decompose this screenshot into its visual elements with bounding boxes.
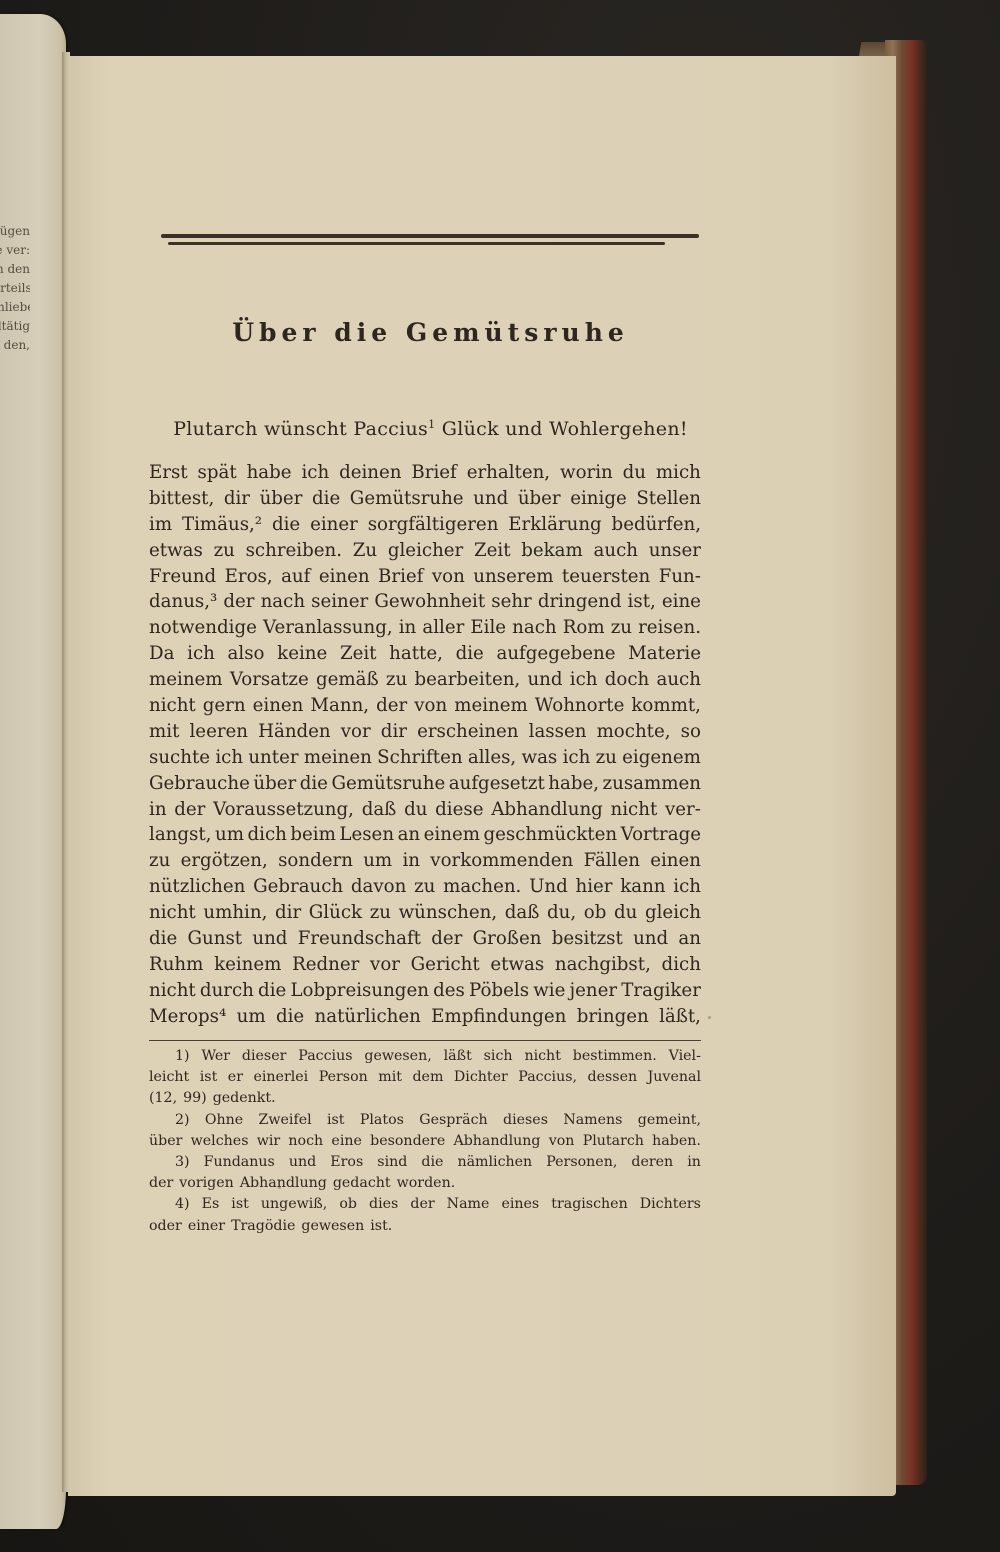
word: beim [290,822,335,848]
word: dich [662,952,701,978]
word: Ruhm [149,952,203,978]
word: Paccius [298,1046,352,1067]
word: ist [327,1110,345,1131]
word: Personen, [546,1152,617,1173]
word: in [402,848,420,874]
word: Veranlassung, [263,615,393,641]
word: vorigen [179,1173,234,1194]
word: in [687,1152,701,1173]
word: vor [341,719,371,745]
word: die [149,926,177,952]
word: Eile [470,615,506,641]
word: nützlichen [149,874,245,900]
word: davon [351,874,406,900]
word: Empfindungen [431,1004,566,1030]
text-line: GebraucheüberdieGemütsruheaufgesetzthabe… [149,771,701,797]
word: besondere [370,1131,445,1152]
word: 2) [175,1110,190,1131]
word: gemeint, [638,1110,701,1131]
word: Platos [360,1110,404,1131]
word: Freundschaft [298,926,421,952]
word: der [410,1194,434,1215]
word: Abhandlung [240,1173,327,1194]
word: zu [596,745,617,771]
word: läßt [444,1046,472,1067]
word: noch [288,1131,323,1152]
word: etwas [490,952,544,978]
word: und [633,926,668,952]
word: Dichters [640,1194,701,1215]
word: in [399,615,417,641]
word: die [312,486,340,512]
word: Lesen [339,822,394,848]
word: in [149,797,167,823]
word: auch [594,538,638,564]
word: nach [261,589,305,615]
word: zu [149,848,170,874]
word: Redner [292,952,359,978]
text-line: ErstspäthabeichdeinenBrieferhalten,worin… [149,460,701,486]
word: Tragiker [621,978,701,1004]
word: Eros, [225,564,273,590]
word: wünschen, [399,900,498,926]
word: oder [149,1216,182,1237]
word: nachgibst, [555,952,651,978]
header-rule-top [161,234,699,238]
word: ich [673,874,701,900]
word: nämlichen [457,1152,532,1173]
word: alles, [468,745,516,771]
text-line: danus,³dernachseinerGewohnheitsehrdringe… [149,589,701,615]
word: bearbeiten, [414,667,520,693]
word: Wer [201,1046,230,1067]
word: meinen [304,745,372,771]
word: Vortrage [621,822,701,848]
word: zu [214,538,235,564]
word: dies [369,1194,398,1215]
word: über [518,486,561,512]
footnote-2: 2)OhneZweifelistPlatosGesprächdiesesName… [149,1110,701,1152]
word: über [149,1131,182,1152]
word: umhin, [203,900,267,926]
word: Merops⁴ [149,1004,226,1030]
word: ist, [628,589,656,615]
word: reisen. [638,615,701,641]
word: nicht [149,900,196,926]
word: dich [247,822,286,848]
word: dringend [538,589,622,615]
word: eigenem [622,745,701,771]
word: dem [412,1067,443,1088]
word: Eros [330,1152,363,1173]
word: nicht [149,693,196,719]
left-page-fragment: nügen [0,222,30,241]
word: ist. [370,1216,392,1237]
word: Zu [353,538,377,564]
word: einen [319,564,370,590]
word: Mann, [310,693,369,719]
word: um [237,1004,266,1030]
word: Und [529,874,568,900]
word: hier [576,874,613,900]
header-rule-bottom [168,242,665,245]
word: doch [605,667,650,693]
text-line: zuergötzen,sondernuminvorkommendenFällen… [149,848,701,874]
word: Fun- [659,564,701,590]
word: ich [215,745,243,771]
word: Zeit [474,538,511,564]
word: Gebrauch [253,874,343,900]
word: ergötzen, [181,848,268,874]
word: ich [570,667,598,693]
word: auf [281,564,310,590]
word: tragischen [551,1194,627,1215]
word: gern [203,693,246,719]
word: du [614,900,637,926]
text-line: 4)Esistungewiß,obdiesderNameeinestragisc… [149,1194,701,1215]
text-line: 2)OhneZweifelistPlatosGesprächdiesesName… [149,1110,701,1131]
word: Wohnorte [535,693,625,719]
word: daß [505,900,540,926]
word: eines [501,1194,539,1215]
word: sondern [278,848,353,874]
text-line: Merops⁴umdienatürlichenEmpfindungenbring… [149,1004,701,1030]
word: Gespräch [419,1110,487,1131]
word: aufgesetzt [449,771,545,797]
word: diese [435,797,483,823]
word: Ohne [205,1110,243,1131]
text-line: nützlichenGebrauchdavonzumachen.Undhierk… [149,874,701,900]
word: um [215,822,244,848]
word: der [376,693,407,719]
left-page-fragment: Urteils [0,279,30,298]
word: gleicher [388,538,463,564]
word: danus,³ [149,589,217,615]
word: meinem [454,693,528,719]
word: Namens [563,1110,622,1131]
word: Voraussetzung, [213,797,354,823]
footnotes: 1)WerdieserPacciusgewesen,läßtsichnichtb… [149,1046,701,1237]
word: sehr [491,589,532,615]
word: Glück [309,900,362,926]
word: natürlichen [315,1004,421,1030]
word: notwendige [149,615,257,641]
word: Großen [473,926,542,952]
footnote-1: 1)WerdieserPacciusgewesen,läßtsichnichtb… [149,1046,701,1110]
word: dir [275,900,301,926]
word: nicht [149,978,196,1004]
word: seiner [311,589,368,615]
word: die [276,1004,304,1030]
word: ist [231,1194,249,1215]
text-line: nichtdurchdieLobpreisungendesPöbelswieje… [149,978,701,1004]
word: einerlei [253,1067,308,1088]
word: wie [533,978,565,1004]
word: kommt, [631,693,701,719]
text-line: RuhmkeinemRednervorGerichtetwasnachgibst… [149,952,701,978]
word: die [421,1152,443,1173]
word: Schriften [377,745,462,771]
word: die [456,641,484,667]
text-line: nichtgerneinenMann,dervonmeinemWohnortek… [149,693,701,719]
text-line: DaichalsokeineZeithatte,dieaufgegebeneMa… [149,641,701,667]
word: Abhandlung [491,797,603,823]
word: Erst [149,460,188,486]
word: sind [377,1152,407,1173]
word: auch [657,667,701,693]
word: daß [362,797,397,823]
word: schreiben. [246,538,342,564]
word: Tragödie [231,1216,295,1237]
word: 3) [175,1152,190,1173]
word: unserem [473,564,553,590]
word: bittest, [149,486,214,512]
word: Dichter [454,1067,508,1088]
word: einige [570,486,627,512]
word: läßt, [659,1004,701,1030]
word: langst, [149,822,211,848]
word: an [678,926,701,952]
word: 1) [175,1046,190,1067]
word: du [623,460,646,486]
word: Es [202,1194,220,1215]
text-line: dervorigenAbhandlunggedachtworden. [149,1173,701,1194]
text-line: nichtumhin,dirGlückzuwünschen,daßdu,obdu… [149,900,701,926]
word: ver- [665,797,701,823]
word: und [527,667,562,693]
word: an [398,822,421,848]
word: einen [253,693,304,719]
word: Zweifel [259,1110,312,1131]
word: ich [563,745,591,771]
word: Gericht [411,952,480,978]
word: du, [547,900,576,926]
word: spät [198,460,237,486]
text-line: suchteichuntermeinenSchriftenalles,wasic… [149,745,701,771]
word: nicht [611,797,658,823]
word: erhalten, [467,460,550,486]
word: Vorsatze [230,667,309,693]
word: ist [200,1067,218,1088]
word: worden. [397,1173,456,1194]
text-line: bittest,dirüberdieGemütsruheundübereinig… [149,486,701,512]
footnote-4: 4)Esistungewiß,obdiesderNameeinestragisc… [149,1194,701,1236]
word: meinem [149,667,223,693]
word: leicht [149,1067,189,1088]
left-page-fragment: enliebe [0,298,30,317]
word: gedacht [333,1173,391,1194]
text-line: langst,umdichbeimLesenaneinemgeschmückte… [149,822,701,848]
word: von [432,564,465,590]
word: zu [414,874,435,900]
left-facing-page: nügenie ver:h denUrteilsenliebehltätigr … [0,14,66,1529]
word: und [289,1152,316,1173]
text-line: überwelcheswirnocheinebesondereAbhandlun… [149,1131,701,1152]
word: der [431,926,462,952]
word: er [228,1067,243,1088]
text-line: meinemVorsatzegemäßzubearbeiten,undichdo… [149,667,701,693]
text-line: odereinerTragödiegewesenist. [149,1216,701,1237]
word: durch [200,978,254,1004]
word: also [228,641,265,667]
book-gutter [62,52,70,1492]
word: suchte [149,745,210,771]
footnote-3: 3)FundanusundErossinddienämlichenPersone… [149,1152,701,1194]
word: Abhandlung [453,1131,540,1152]
word: welches [191,1131,249,1152]
word: und [473,486,508,512]
word: um [363,848,392,874]
word: ungewiß, [261,1194,327,1215]
word: bestimmen. [573,1046,657,1067]
word: Stellen [636,486,701,512]
word: Erklärung [508,512,601,538]
word: vor [370,952,400,978]
text-line: inderVoraussetzung,daßdudieseAbhandlungn… [149,797,701,823]
word: sich [484,1046,513,1067]
text-line: imTimäus,²dieeinersorgfältigerenErklärun… [149,512,701,538]
word: über [253,771,296,797]
word: Person [319,1067,368,1088]
word: aller [422,615,464,641]
word: Pöbels [469,978,529,1004]
word: unter [248,745,298,771]
word: Name [447,1194,490,1215]
text-line: mitleerenHändenvordirerscheinenlassenmoc… [149,719,701,745]
text-line: 1)WerdieserPacciusgewesen,läßtsichnichtb… [149,1046,701,1067]
text-line: leichtistereinerleiPersonmitdemDichterPa… [149,1067,701,1088]
word: haben. [652,1131,701,1152]
word: habe, [548,771,599,797]
word: von [414,693,447,719]
page-title: Über die Gemütsruhe [163,318,698,347]
word: nicht [524,1046,560,1067]
word: ich [187,641,215,667]
salutation-text: Glück und Wohlergehen! [442,418,688,440]
word: geschmückten [484,822,618,848]
word: teuersten [562,564,650,590]
word: gewesen, [364,1046,431,1067]
word: kann [620,874,665,900]
salutation-text: Plutarch wünscht Paccius [173,418,428,440]
word: Fällen [584,848,640,874]
word: worin [560,460,613,486]
footnote-separator [149,1040,701,1041]
word: wir [257,1131,280,1152]
word: dieses [503,1110,548,1131]
left-page-text-fragments: nügenie ver:h denUrteilsenliebehltätigr … [0,222,30,355]
text-line: 3)FundanusundErossinddienämlichenPersone… [149,1152,701,1173]
word: einem [424,822,480,848]
word: eine [331,1131,361,1152]
word: Gemütsruhe [331,771,445,797]
word: sorgfältigeren [368,512,499,538]
word: Paccius, [518,1067,577,1088]
word: besitzst [552,926,623,952]
word: etwas [149,538,203,564]
word: zusammen [603,771,701,797]
word: über [260,486,303,512]
word: Timäus,² [182,512,262,538]
text-line: etwaszuschreiben.ZugleicherZeitbekamauch… [149,538,701,564]
word: du [404,797,427,823]
word: bedürfen, [612,512,701,538]
word: ich [301,460,329,486]
word: habe [247,460,292,486]
paper-speck [708,1016,711,1019]
word: ob [584,900,607,926]
salutation: Plutarch wünscht Paccius1 Glück und Wohl… [163,418,698,440]
word: dir [381,719,407,745]
word: Fundanus [204,1152,275,1173]
word: dessen [588,1067,638,1088]
word: Lobpreisungen [290,978,428,1004]
word: der [174,797,205,823]
word: so [681,719,701,745]
text-line: dieGunstundFreundschaftderGroßenbesitzst… [149,926,701,952]
word: Viel- [669,1046,701,1067]
word: dir [224,486,250,512]
word: mit [149,719,179,745]
word: deren [631,1152,673,1173]
text-line: notwendigeVeranlassung,inallerEilenachRo… [149,615,701,641]
word: im [149,512,172,538]
word: gleich [645,900,701,926]
word: (12, [149,1088,177,1109]
word: jener [570,978,618,1004]
text-line: FreundEros,aufeinenBriefvonunseremteuers… [149,564,701,590]
word: gedenkt. [213,1088,276,1109]
word: erscheinen [417,719,518,745]
word: einer [310,512,358,538]
word: einer [188,1216,225,1237]
word: Händen [258,719,331,745]
left-page-fragment: h den [0,260,30,279]
word: zu [370,900,391,926]
word: Freund [149,564,216,590]
word: 99) [183,1088,207,1109]
word: hatte, [389,641,443,667]
word: vorkommenden [430,848,573,874]
word: mochte, [597,719,671,745]
word: Gebrauche [149,771,250,797]
left-page-fragment: hltätig [0,317,30,336]
word: unser [649,538,701,564]
left-page-fragment: r den, [0,336,30,355]
word: Gemütsruhe [350,486,464,512]
book-page: Über die Gemütsruhe Plutarch wünscht Pac… [68,56,896,1496]
word: der [149,1173,173,1194]
word: Materie [628,641,701,667]
body-text: ErstspäthabeichdeinenBrieferhalten,worin… [149,460,701,1030]
word: deinen [339,460,401,486]
word: keinem [214,952,281,978]
word: leeren [189,719,248,745]
word: dieser [242,1046,286,1067]
word: gewesen [301,1216,364,1237]
word: Plutarch [583,1131,644,1152]
word: lassen [529,719,587,745]
word: machen. [443,874,521,900]
text-line: (12,99)gedenkt. [149,1088,701,1109]
word: keine [277,641,327,667]
word: die [258,978,286,1004]
word: zu [386,667,407,693]
left-page-fragment: ie ver: [0,241,30,260]
word: von [549,1131,575,1152]
word: eine [662,589,701,615]
word: Da [149,641,174,667]
